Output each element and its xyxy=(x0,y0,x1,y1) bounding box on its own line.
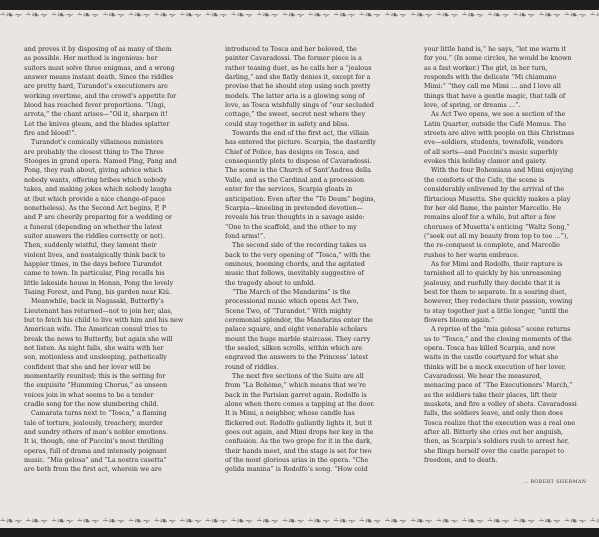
text-line: American wife. The American consul tries… xyxy=(24,325,198,334)
text-line: back in the Parisian garret again. Rodol… xyxy=(225,391,399,400)
text-line: could stay together in safety and bliss. xyxy=(225,120,399,129)
text-line: Towards the end of the first act, the vi… xyxy=(225,129,399,138)
text-line: Chief of Police, has designs on Tosca, a… xyxy=(225,148,399,157)
text-line: Meanwhile, back in Nagasaki, Butterfly’s xyxy=(24,297,198,306)
text-line: “The March of the Mandarins” is the xyxy=(225,288,399,297)
text-line: It is, though, one of Puccini’s most thr… xyxy=(24,437,198,446)
text-line: are pretty hard, Turandot’s executioners… xyxy=(24,82,198,91)
text-line: introduced to Tosca and her beloved, the xyxy=(225,45,399,54)
text-line: voices join in what seems to be a tender xyxy=(24,391,198,400)
text-line: palace square, and eight venerable schol… xyxy=(225,325,399,334)
text-line: son, motionless and unsleeping, pathetic… xyxy=(24,353,198,362)
text-line: A reprise of the “mia gelosa” scene retu… xyxy=(424,325,598,334)
text-line: has entered the picture. Scarpia, the da… xyxy=(225,138,399,147)
text-line: of the most glorious arias in the opera.… xyxy=(225,456,399,465)
text-line: streets are alive with people on this Ch… xyxy=(424,129,598,138)
text-line: break the news to Butterfly, but again s… xyxy=(24,335,198,344)
text-line: arrota,” the chant arises—“Oil it, sharp… xyxy=(24,110,198,119)
text-line: flowers bloom again.” xyxy=(424,316,598,325)
bottom-ornamental-border: ⸞❧⸟ ⸞❧⸟ ⸞❧⸟ ⸞❧⸟ ⸞❧⸟ ⸞❧⸟ ⸞❧⸟ ⸞❧⸟ ⸞❧⸟ ⸞❧⸟ … xyxy=(0,516,599,528)
text-line: confident that she and her lover will be xyxy=(24,363,198,372)
text-line: thinks will be a mock execution of her l… xyxy=(424,363,598,372)
text-line: to stay together just a little longer, “… xyxy=(424,307,598,316)
text-line: nonetheless). As the Second Act begins, … xyxy=(24,204,198,213)
text-line: ceremonial splendor, the Mandarins enter… xyxy=(225,316,399,325)
text-line: but to fetch his child to live with him … xyxy=(24,316,198,325)
text-line: eve—soldiers, students, townsfolk, vendo… xyxy=(424,138,598,147)
text-line: considerably enlivened by the arrival of… xyxy=(424,185,598,194)
text-line: from “La Bohème,” which means that we’re xyxy=(225,381,399,390)
text-line: muskets, and fire a volley of shots. Cav… xyxy=(424,400,598,409)
text-line: are probably the closest thing to The Th… xyxy=(24,148,198,157)
text-line: gelida manina” is Rodolfo’s song. “How c… xyxy=(225,465,399,474)
text-line: Lieutenant has returned—not to join her,… xyxy=(24,307,198,316)
text-line: not listen. As night falls, she waits wi… xyxy=(24,344,198,353)
text-line: freedom, and to death. xyxy=(424,456,598,465)
text-line: fire and blood!”. xyxy=(24,129,198,138)
author-signature: … ROBERT SHERMAN xyxy=(523,479,586,485)
text-line: Then, suddenly wistful, they lament thei… xyxy=(24,241,198,250)
text-line: The second side of the recording takes u… xyxy=(225,241,399,250)
text-line: Mimi:” “they call me Mimi … and I love a… xyxy=(424,82,598,91)
text-line: reveals his true thoughts in a savage as… xyxy=(225,213,399,222)
text-line: their hands meet, and the stage is set f… xyxy=(225,447,399,456)
text-line: cottage,” the sweet, secret nest where t… xyxy=(225,110,399,119)
text-line: operas, full of drama and intensely poig… xyxy=(24,447,198,456)
text-line: Valle, and as the Cardinal and a process… xyxy=(225,176,399,185)
top-black-band xyxy=(0,0,599,10)
text-line: she flings herself over the castle parap… xyxy=(424,447,598,456)
text-line: As for Mimi and Rodolfo, their rapture i… xyxy=(424,260,598,269)
text-line: after all. Bitterly she cries out her an… xyxy=(424,428,598,437)
text-line: cradle song for the now slumbering child… xyxy=(24,400,198,409)
text-line: music that follows, inevitably suggestiv… xyxy=(225,269,399,278)
text-line: consequently plots to dispose of Cavarad… xyxy=(225,157,399,166)
text-line: as the soldiers take their places, lift … xyxy=(424,391,598,400)
text-line: for you.” (In some circles, he would be … xyxy=(424,54,598,63)
text-line: processional music which opens Act Two, xyxy=(225,297,399,306)
text-line: Let the knives gleam, and the blades spl… xyxy=(24,120,198,129)
text-line: us to “Tosca,” and the closing moments o… xyxy=(424,335,598,344)
text-line: waits in the castle courtyard for what s… xyxy=(424,353,598,362)
text-line: Stooges in grand opera. Named Ping, Pang… xyxy=(24,157,198,166)
text-line: As Act Two opens, we see a section of th… xyxy=(424,110,598,119)
text-line: the exquisite “Humming Chorus,” as unsee… xyxy=(24,381,198,390)
text-line: Camarata turns next to “Tosca,” a flamin… xyxy=(24,409,198,418)
text-line: flickered out. Rodolfo gallantly lights … xyxy=(225,419,399,428)
text-line: proviso that he should stop using such p… xyxy=(225,82,399,91)
text-line: opera. Tosca has killed Scarpia, and now xyxy=(424,344,598,353)
text-line: menacing pace of “The Executioners’ Marc… xyxy=(424,381,598,390)
text-line: a funeral (depending on whether the late… xyxy=(24,223,198,232)
text-line: ominous, booming chords, and the agitate… xyxy=(225,260,399,269)
text-line: Turandot’s comically villainous minister… xyxy=(24,138,198,147)
text-line: engraved the answers to the Princess’ la… xyxy=(225,353,399,362)
text-line: of all sorts—and Puccini’s music superbl… xyxy=(424,148,598,157)
text-line: Latin Quarter, outside the Café Momus. T… xyxy=(424,120,598,129)
text-line: the re-conquest is complete, and Marcell… xyxy=(424,241,598,250)
text-line: Tsaing Forest, and Pang, his garden near… xyxy=(24,288,198,297)
text-line: and sundry others of man’s nobler emotio… xyxy=(24,428,198,437)
text-line: momentarily reunited; this is the settin… xyxy=(24,372,198,381)
text-line: answer means instant death. Since the ri… xyxy=(24,73,198,82)
text-line: little lakeside house in Honan, Pong the… xyxy=(24,279,198,288)
text-line: as possible. Her method is ingenious: he… xyxy=(24,54,198,63)
text-line: rather teasing duet, as he calls her a “… xyxy=(225,64,399,73)
text-line: however, they redeclare their passion, v… xyxy=(424,297,598,306)
text-line: back to the very opening of “Tosca,” wit… xyxy=(225,251,399,260)
text-line: darling,” and she flatly denies it, exce… xyxy=(225,73,399,82)
text-line: Pong, they rush about, giving advice whi… xyxy=(24,166,198,175)
text-line: working overtime, and the crowd’s appeti… xyxy=(24,92,198,101)
text-line: round of riddles. xyxy=(225,363,399,372)
text-line: Tosca realize that the execution was a r… xyxy=(424,419,598,428)
bottom-black-band xyxy=(0,528,599,537)
text-line: choruses of Musetta’s enticing “Waltz So… xyxy=(424,223,598,232)
text-line: for her old flame, the painter Marcello.… xyxy=(424,204,598,213)
text-line: Scarpia—kneeling in pretended devotion— xyxy=(225,204,399,213)
text-line: evokes this holiday clamor and gaiety. xyxy=(424,157,598,166)
text-line: tarnished all to quickly by his unreason… xyxy=(424,269,598,278)
text-line: suitors must solve three enigmas, and a … xyxy=(24,64,198,73)
text-line: painter Cavaradossi. The former piece is… xyxy=(225,54,399,63)
text-line: anticipation. Even after the “Te Deum” b… xyxy=(225,195,399,204)
text-line: confusion. As the two grope for it in th… xyxy=(225,437,399,446)
text-line: tale of torture, jealously, treachery, m… xyxy=(24,419,198,428)
text-line: enter for the services, Scarpia gloats i… xyxy=(225,185,399,194)
text-line: your little hand is,” he says, “let me w… xyxy=(424,45,598,54)
text-line: rushes to her warm embrace. xyxy=(424,251,598,260)
text-line: at (but which provide a nice change-of-p… xyxy=(24,195,198,204)
text-line: as a fast worker.) The girl, in her turn… xyxy=(424,64,598,73)
text-line: responds with the delicate “Mi chiamano xyxy=(424,73,598,82)
text-line: mount the huge marble staircase. They ca… xyxy=(225,335,399,344)
text-line: nobody wants, offering bribes which nobo… xyxy=(24,176,198,185)
text-line: remains aloof for a while, but after a f… xyxy=(424,213,598,222)
text-line: the sealed, silken scrolls, within which… xyxy=(225,344,399,353)
text-line: blood has reached fever proportions. “Un… xyxy=(24,101,198,110)
text-line: love, as Tosca wishfully sings of “our s… xyxy=(225,101,399,110)
text-line: models. The latter aria is a glowing son… xyxy=(225,92,399,101)
text-line: jealousy, and ruefully they decide that … xyxy=(424,279,598,288)
text-line: best for them to separate. In a soaring … xyxy=(424,288,598,297)
text-line: The next five sections of the Suite are … xyxy=(225,372,399,381)
text-line: “One to the scaffold, and the other to m… xyxy=(225,223,399,232)
text-line: fond arms!”. xyxy=(225,232,399,241)
text-column-1: and proves it by disposing of as many of… xyxy=(24,45,198,475)
text-line: falls, the soldiers leave, and only then… xyxy=(424,409,598,418)
text-line: goes out again, and Mimi drops her key i… xyxy=(225,428,399,437)
text-column-2: introduced to Tosca and her beloved, the… xyxy=(225,45,399,475)
text-line: love, of spring, or dreams …”. xyxy=(424,101,598,110)
text-column-3: your little hand is,” he says, “let me w… xyxy=(424,45,598,465)
text-line: suitor answers the riddles correctly or … xyxy=(24,232,198,241)
text-line: and P are cheerily preparing for a weddi… xyxy=(24,213,198,222)
text-line: The scene is the Church of Sant’Andrea d… xyxy=(225,166,399,175)
text-line: the tragedy about to unfold. xyxy=(225,279,399,288)
text-line: Scene Two, of “Turandot.” With mighty xyxy=(225,307,399,316)
text-line: happier times, in the days before Turand… xyxy=(24,260,198,269)
text-line: alone when there comes a tapping at the … xyxy=(225,400,399,409)
text-line: things that have a gentle magic, that ta… xyxy=(424,92,598,101)
text-line: music. “Mia gelosa” and “La nostra caset… xyxy=(24,456,198,465)
top-ornamental-border: ⸞❧⸟ ⸞❧⸟ ⸞❧⸟ ⸞❧⸟ ⸞❧⸟ ⸞❧⸟ ⸞❧⸟ ⸞❧⸟ ⸞❧⸟ ⸞❧⸟ … xyxy=(0,10,599,22)
text-line: takes, and making jokes which nobody lau… xyxy=(24,185,198,194)
text-line: and proves it by disposing of as many of… xyxy=(24,45,198,54)
text-line: With the four Bohemians and Mimi enjoyin… xyxy=(424,166,598,175)
text-line: It is Mimi, a neighbor, whose candle has xyxy=(225,409,399,418)
text-line: Cavaradossi. We hear the measured, xyxy=(424,372,598,381)
text-line: flirtacious Musetta. She quickly makes a… xyxy=(424,195,598,204)
text-line: violent lives, and nostalgically think b… xyxy=(24,251,198,260)
text-line: (“seek out all my beauty from top to toe… xyxy=(424,232,598,241)
text-line: then, as Scarpia’s soldiers rush to arre… xyxy=(424,437,598,446)
text-line: are both from the first act, wherein we … xyxy=(24,465,198,474)
text-line: came to town. In particular, Ping recall… xyxy=(24,269,198,278)
text-line: the comforts of the Cafe, the scene is xyxy=(424,176,598,185)
